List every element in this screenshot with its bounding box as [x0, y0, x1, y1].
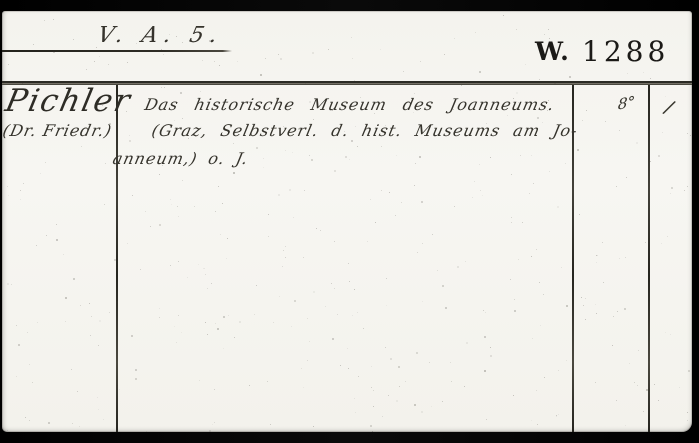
scan-background: V. A. 5. W. 1288 Pichler (Dr. Friedr.) D… [0, 0, 699, 443]
author-name: Pichler [2, 83, 135, 119]
tally-mark: ∕ [661, 95, 678, 119]
entry-title-line-3: anneum,) o. J. [111, 149, 250, 168]
entry-title-line-2: (Graz, Selbstverl. d. hist. Museums am J… [150, 121, 580, 140]
column-divider-right [648, 85, 650, 432]
series-letter: W. [535, 37, 570, 66]
format-notation: 8° [617, 92, 635, 113]
accession-number: 1288 [582, 35, 669, 68]
shelfmark-underline [2, 50, 232, 52]
catalog-card: V. A. 5. W. 1288 Pichler (Dr. Friedr.) D… [2, 11, 692, 432]
shelfmark-label: V. A. 5. [95, 23, 225, 48]
entry-title-line-1: Das historische Museum des Joanneums. [143, 95, 557, 114]
scan-noise-layer [2, 11, 692, 432]
author-detail: (Dr. Friedr.) [2, 121, 114, 140]
column-divider-author [116, 85, 118, 432]
